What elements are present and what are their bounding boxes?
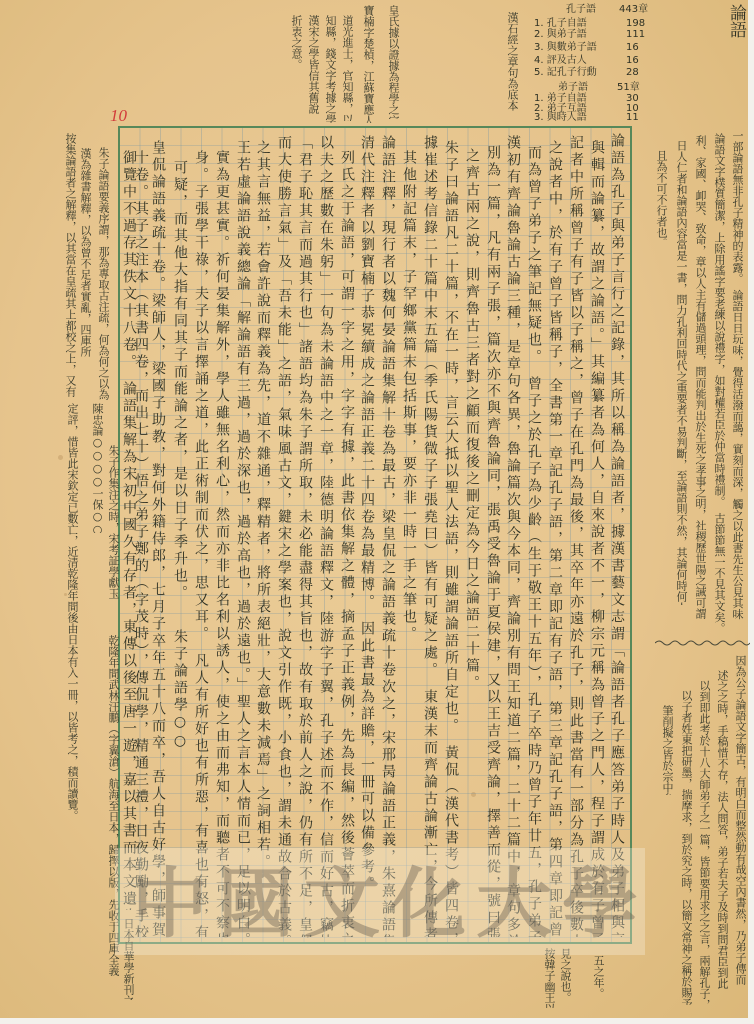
main-text-column: 漢初有齊論魯論古論三種，是章句各異，魯論篇次與今本同，齊論別有問王知道二篇，二十…: [503, 135, 523, 937]
summary-heading: 孔子語: [566, 4, 596, 15]
main-text-column: 之其言無益，若會許說而釋義為先，道不雜通，釋精者，將所表絕壯，大意數未減焉」之詞…: [253, 140, 273, 937]
margin-note-column: 朱子論語要義序謂，那為專取古注疏，何為何之以為: [95, 147, 111, 402]
main-text-column: 之說者中，於有子曾子皆稱子，全書第一章記孔子語，第二章即記有子語，第三章記孔子語…: [545, 140, 565, 937]
margin-note-column: 漢宋之學皆信其舊說: [305, 15, 321, 121]
main-text-column: 論語為孔子與弟子言行之記錄，其所以稱為論語者，據漢書藝文志謂「論語者孔子應答弟子…: [607, 133, 627, 937]
margin-note-column: 定評，惜皆此宋欽定已數亡，近清乾隆年間後由日本有入一冊，以皆考之，積而讀覽。: [64, 403, 80, 843]
page-title: 論語: [726, 4, 746, 38]
margin-note-column: 皇氏據以證據為程學之宗: [385, 5, 401, 119]
watermark: 中國文化大學: [132, 862, 648, 946]
margin-note-column: 利、家國、卹哭、致命，章以人主有儲過頭理，問而能判出於生死之孝事之明，社稷歷世陽…: [692, 135, 708, 625]
margin-note-column: 朱子作集注之時，宋考証學獻玉: [105, 445, 121, 605]
summary-item: 3. 與數弟子語: [534, 42, 597, 53]
main-text-column: 以夫之歷數在朱躬」一句為未論語中之一章，陸德明論語釋文，陸游字子翼，孔子述而不作…: [316, 135, 336, 937]
summary-count: 16: [626, 42, 639, 53]
summary-item: 1. 孔子自語: [534, 18, 587, 29]
page-number: 10: [110, 106, 127, 126]
margin-note-column: 陳忠論○○○○一保○○若○○: [89, 403, 105, 533]
margin-note-column: 筆削擬之皆於宗中矣。: [659, 705, 675, 795]
margin-note-column: 折衷之意。: [288, 15, 304, 65]
margin-note-column: 一部論語無非孔子精神的表露。 論語日日玩味，覺得活潑而藹，實刻而深，觸之以此書先…: [729, 130, 745, 620]
margin-note-column: 見之說也。: [557, 948, 573, 1003]
summary-heading: 弟子語: [558, 82, 588, 93]
main-text-column: 之齊古兩之說，則齊魯古三者對之顧而復後之刪定為今日之論語二十篇。: [462, 148, 482, 937]
margin-note-column: 道光進士，官知縣，以北上窮極: [339, 15, 355, 121]
margin-note-column: 述之之時，手稿惜不存，法人問答，弟子若夫子及時到問君臣到此: [714, 670, 730, 1005]
margin-note-column: 日人仁者和論語內容當是一書，問力孔利回時代之重要者不易判斷，至論語則不然，其論何…: [673, 140, 689, 605]
summary-item: 3. 與時人語: [534, 112, 587, 123]
main-text-column: 列氏之于論語，可謂一字之用，字字有據，此書依集解之體，摘孟子正義例，先為長編，然…: [337, 150, 357, 937]
main-text-column: 身。子張學干祿，夫子以言擇誦之道，此正術制而伏之，思又耳。 凡人有所好也有所惡，…: [191, 150, 211, 937]
main-text-column: 別為一篇，凡有兩子張，篇次亦不與齊魯論同，張禹受魯論于夏侯建，又以王吉受齊論，擇…: [483, 145, 503, 937]
main-text-column: 朱子曰論語凡二十篇，不在一時，言云大抵以聖人法語，則雖謂論語所自定也。 黃侃（漢…: [441, 140, 461, 937]
summary-count: 28: [626, 67, 639, 78]
margin-note-column: 漢為雜書解釋，以為曾不足者實亂，四庫所: [77, 148, 93, 410]
margin-note-column: 以子者姓東把研墨，揣摩求，到於究之時，以簡文常神之稱於賜予之知孔: [678, 690, 694, 1005]
main-text-column: 清代注釋者以劉寶楠子恭冕續成之論語正義二十四卷為最精博。 因此書最為詳贍，一冊可…: [357, 135, 377, 937]
summary-count: 16: [626, 55, 639, 66]
main-text-column: 王若虛論語說義總論「解論語有三過，過於深也，過於高也，過於遠也。」聖人之言本人情…: [233, 140, 253, 937]
paper-stain: [58, 455, 63, 460]
summary-count: 11: [626, 112, 639, 123]
main-text-column: 而大使勝言氣」及「吾未能」之語，氣味風古文，鍵宋之學案也，說文引作既，小食也，謂…: [274, 135, 294, 937]
margin-note-column: 按韓子幽王以祈周時代則: [541, 948, 557, 1008]
margin-note-column: 以到即此考於十八大師弟子之一篇，皆節要用求之之言，兩解孔子，無他能之也: [696, 680, 712, 1005]
summary-item: 5. 記孔子行動: [534, 67, 597, 78]
margin-note-column: 且為不可不行者也。: [653, 150, 669, 240]
wavy-divider: [655, 638, 750, 648]
main-text-column: 據崔述考信錄二十篇中末五篇（季氏陽貨微子子張堯曰）皆有可疑之處。 東漢末而齊論古…: [420, 135, 440, 937]
main-text-column: 「君子恥其言而過其行也」諸語均為朱子謂所取，未必能盡得其旨也，故有取於前人之說，…: [295, 135, 315, 937]
summary-item: 2. 與弟子語: [534, 29, 587, 40]
margin-note-column: 五之年。: [590, 955, 606, 1003]
margin-note-column: 因為公子論語文字簡古，有明白而整然動有哉空內書然，乃弟子傳而: [732, 655, 748, 1005]
main-text-column: 可疑，而其他大指有同其子而能論之者，是以日子季升也。 朱子論語學○○: [170, 160, 190, 937]
summary-count: 198: [626, 18, 645, 29]
summary-count: 111: [626, 29, 645, 40]
main-text-column: 御覽中不過存其佚文十八卷。 論語集解為宋初中國久有存者，東傳以後至唐一遊，嘉以其…: [119, 150, 139, 910]
main-text-column: 其他附記篇末，子罕鄉黨篇末包括斯事，要亦非一時一手之筆也。: [399, 150, 419, 937]
margin-note-column: 漢石經之章句為底本: [504, 12, 520, 120]
main-text-column: 實為更甚實。祈何晏集解外，學人雖無名利心，然而亦非比名利以誘人，使之由而弗知，而…: [212, 150, 232, 937]
main-text-column: 論語注釋，現行者以魏何晏論語集解十卷為最古，梁皇侃之論語義疏十卷次之，宋邢昺論語…: [378, 135, 398, 937]
summary-count: 51章: [617, 82, 640, 93]
summary-item: 4. 評及古人: [534, 55, 587, 66]
main-text-column: 與輯而論纂，故謂之論語。」其編纂者為何人，自來說者不一，柳宗元稱為曾子之門人，程…: [587, 140, 607, 937]
main-text-column: 皇侃論語義疏十卷。梁師人，梁國子助教，對何外籍侍郎，七月子卒年五十八而卒，吾人自…: [148, 140, 168, 937]
margin-note-column: 知縣，錢文字考據之學: [322, 15, 338, 123]
summary-count: 443章: [619, 4, 648, 15]
margin-note-column: 論語文字樸質簡潔，上除用謠字要老練以說禮字，如對權若臣於仲當時禮制。 古節節無一…: [711, 133, 727, 633]
margin-note-column: 按集論語者之解釋，以其當在皇疏其上都校之上，又有: [62, 133, 78, 403]
margin-note-column: 寶楠字楚楨，江蘇寶應人: [360, 5, 376, 123]
main-text-column: 記者中所稱曾子有子皆以子稱之，曾子在孔門為最後，其卒年亦遠於孔子，則此書當有一部…: [566, 135, 586, 937]
main-text-column: 而為曾子弟子之筆記無疑也。 曾子之於孔子為少齡（生于敬王十五年），孔子卒時乃曾子…: [524, 145, 544, 937]
